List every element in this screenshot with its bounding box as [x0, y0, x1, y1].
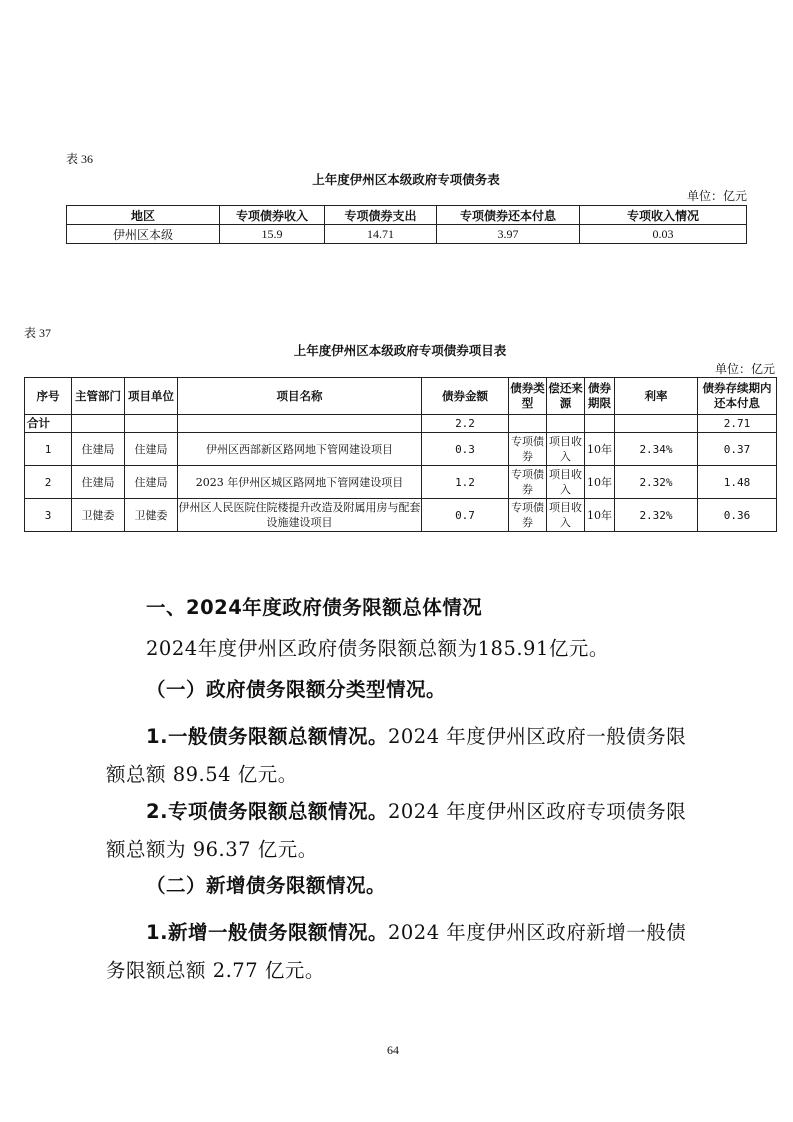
empty-cell: [125, 415, 178, 433]
total-label: 合计: [25, 415, 72, 433]
header-repay-source: 偿还来源: [547, 378, 585, 415]
cell-bond-term: 10年: [585, 433, 615, 466]
cell-rate: 2.32%: [615, 466, 698, 499]
header-expense: 专项债券支出: [325, 206, 437, 225]
cell-project-name: 伊州区西部新区路网地下管网建设项目: [178, 433, 422, 466]
cell-special-income: 0.03: [580, 225, 747, 244]
item2-heading: 2.专项债务限额总额情况。: [146, 800, 388, 823]
cell-repayment: 0.37: [698, 433, 777, 466]
cell-rate: 2.32%: [615, 499, 698, 532]
table-header-row: 序号 主管部门 项目单位 项目名称 债券金额 债券类型 偿还来源 债券期限 利率…: [25, 378, 777, 415]
cell-bond-term: 10年: [585, 466, 615, 499]
item1-heading: 1.一般债务限额总额情况。: [146, 725, 388, 748]
special-bond-project-table: 序号 主管部门 项目单位 项目名称 债券金额 债券类型 偿还来源 债券期限 利率…: [24, 377, 777, 532]
cell-seq: 1: [25, 433, 72, 466]
empty-cell: [547, 415, 585, 433]
cell-repay-source: 项目收入: [547, 499, 585, 532]
table36-label: 表 36: [66, 150, 93, 167]
table37-unit: 单位：亿元: [590, 360, 775, 377]
cell-repay-source: 项目收入: [547, 433, 585, 466]
cell-seq: 3: [25, 499, 72, 532]
subsection1-heading: （一）政府债务限额分类型情况。: [146, 677, 446, 702]
cell-dept: 住建局: [72, 466, 125, 499]
table36-title: 上年度伊州区本级政府专项债务表: [66, 170, 746, 188]
paragraph-new-general-debt: 1.新增一般债务限额情况。2024 年度伊州区政府新增一般债务限额总额 2.77…: [106, 914, 696, 990]
table36-unit: 单位：亿元: [560, 187, 747, 204]
cell-repay-source: 项目收入: [547, 466, 585, 499]
table-row: 伊州区本级 15.9 14.71 3.97 0.03: [67, 225, 747, 244]
total-repayment: 2.71: [698, 415, 777, 433]
empty-cell: [178, 415, 422, 433]
paragraph-special-debt: 2.专项债务限额总额情况。2024 年度伊州区政府专项债务限额总额为 96.37…: [106, 793, 696, 869]
cell-bond-term: 10年: [585, 499, 615, 532]
total-row: 合计 2.2 2.71: [25, 415, 777, 433]
empty-cell: [585, 415, 615, 433]
cell-unit: 住建局: [125, 433, 178, 466]
header-bond-term: 债券期限: [585, 378, 615, 415]
section1-text: 2024年度伊州区政府债务限额总额为185.91亿元。: [146, 636, 609, 661]
cell-bond-amount: 0.3: [422, 433, 509, 466]
cell-region: 伊州区本级: [67, 225, 220, 244]
table37-title: 上年度伊州区本级政府专项债券项目表: [24, 341, 776, 359]
cell-bond-type: 专项债券: [509, 466, 547, 499]
header-income: 专项债券收入: [220, 206, 325, 225]
cell-repayment: 3.97: [437, 225, 580, 244]
section1-heading: 一、2024年度政府债务限额总体情况: [146, 595, 482, 620]
cell-expense: 14.71: [325, 225, 437, 244]
cell-project-name: 2023 年伊州区城区路网地下管网建设项目: [178, 466, 422, 499]
header-repayment: 债券存续期内还本付息: [698, 378, 777, 415]
table-row: 2 住建局 住建局 2023 年伊州区城区路网地下管网建设项目 1.2 专项债券…: [25, 466, 777, 499]
header-region: 地区: [67, 206, 220, 225]
header-special-income: 专项收入情况: [580, 206, 747, 225]
empty-cell: [615, 415, 698, 433]
table-row: 1 住建局 住建局 伊州区西部新区路网地下管网建设项目 0.3 专项债券 项目收…: [25, 433, 777, 466]
cell-income: 15.9: [220, 225, 325, 244]
header-repayment: 专项债券还本付息: [437, 206, 580, 225]
header-unit: 项目单位: [125, 378, 178, 415]
header-seq: 序号: [25, 378, 72, 415]
header-dept: 主管部门: [72, 378, 125, 415]
item3-heading: 1.新增一般债务限额情况。: [146, 921, 388, 944]
cell-project-name: 伊州区人民医院住院楼提升改造及附属用房与配套设施建设项目: [178, 499, 422, 532]
cell-bond-type: 专项债券: [509, 499, 547, 532]
subsection2-heading: （二）新增债务限额情况。: [146, 873, 386, 898]
table37-label: 表 37: [24, 324, 51, 341]
table-header-row: 地区 专项债券收入 专项债券支出 专项债券还本付息 专项收入情况: [67, 206, 747, 225]
empty-cell: [509, 415, 547, 433]
cell-repayment: 1.48: [698, 466, 777, 499]
cell-unit: 住建局: [125, 466, 178, 499]
cell-repayment: 0.36: [698, 499, 777, 532]
header-rate: 利率: [615, 378, 698, 415]
cell-bond-amount: 0.7: [422, 499, 509, 532]
cell-unit: 卫健委: [125, 499, 178, 532]
cell-bond-amount: 1.2: [422, 466, 509, 499]
cell-seq: 2: [25, 466, 72, 499]
page-number: 64: [387, 1043, 399, 1058]
total-amount: 2.2: [422, 415, 509, 433]
special-debt-table: 地区 专项债券收入 专项债券支出 专项债券还本付息 专项收入情况 伊州区本级 1…: [66, 205, 747, 244]
cell-dept: 卫健委: [72, 499, 125, 532]
header-project-name: 项目名称: [178, 378, 422, 415]
cell-bond-type: 专项债券: [509, 433, 547, 466]
table-row: 3 卫健委 卫健委 伊州区人民医院住院楼提升改造及附属用房与配套设施建设项目 0…: [25, 499, 777, 532]
header-bond-type: 债券类型: [509, 378, 547, 415]
paragraph-general-debt: 1.一般债务限额总额情况。2024 年度伊州区政府一般债务限额总额 89.54 …: [106, 718, 696, 794]
empty-cell: [72, 415, 125, 433]
header-bond-amount: 债券金额: [422, 378, 509, 415]
cell-dept: 住建局: [72, 433, 125, 466]
cell-rate: 2.34%: [615, 433, 698, 466]
